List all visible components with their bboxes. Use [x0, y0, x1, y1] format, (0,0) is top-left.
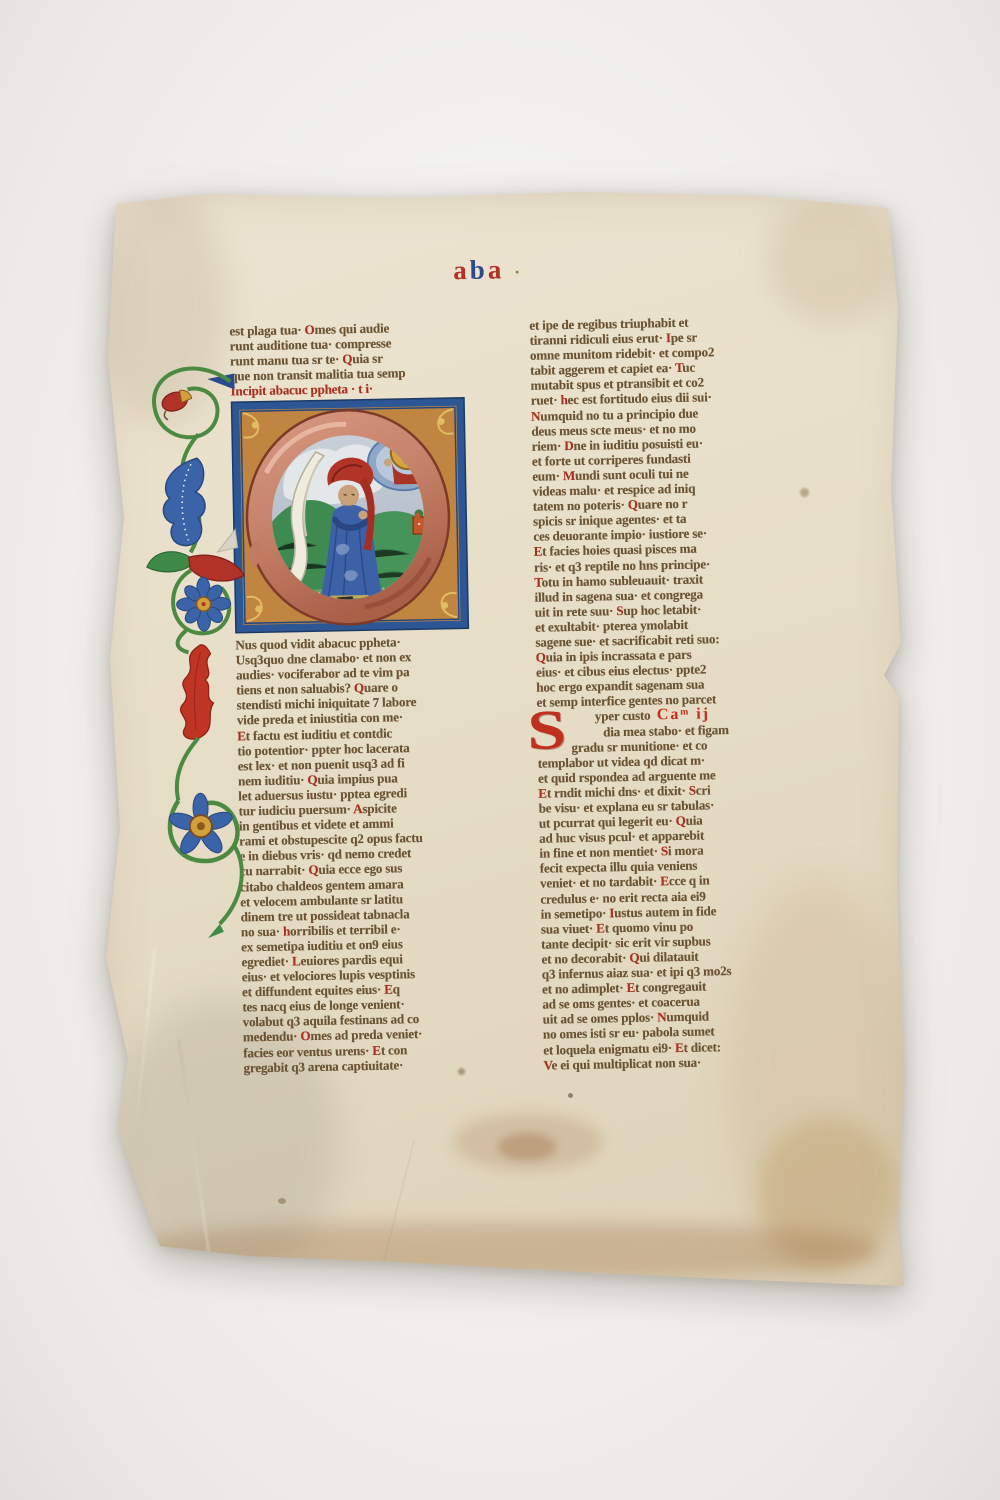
flower-bud-icon [159, 389, 192, 420]
text-column-right: et ipe de regibus triuphabit ettiranni r… [529, 313, 812, 1078]
photo-of-manuscript-leaf: { "header": { "letters": [ {"t": "a", "c… [0, 0, 1000, 1500]
red-acanthus-leaf-icon [179, 645, 214, 740]
vine-stem [176, 738, 199, 800]
green-leaf-icon [147, 551, 191, 572]
running-title-letter: a [453, 255, 470, 285]
running-title: aba · [453, 254, 523, 286]
initial-O-icon [231, 397, 469, 633]
parchment: aba · est plaga tua· Omes qui audierunt … [98, 188, 910, 1306]
running-title-dot: · [514, 262, 523, 282]
vine-tip [208, 924, 224, 938]
historiated-initial-miniature [231, 397, 469, 633]
chapter-initial-S: S [527, 707, 567, 754]
red-leaf-icon [189, 554, 244, 581]
chapter-heading: Caᵐ ij [657, 705, 711, 724]
vine-stem [177, 630, 188, 652]
vine-border-icon [137, 345, 263, 947]
text-column-left: Nus quod vidit abacuc ppheta·Usq3quo dne… [235, 632, 511, 1075]
page-content: aba · est plaga tua· Omes qui audierunt … [96, 180, 929, 1313]
text-column-left-top: est plaga tua· Omes qui audierunt auditi… [229, 318, 498, 399]
blue-acanthus-leaf-icon [162, 458, 205, 546]
manuscript-leaf: aba · est plaga tua· Omes qui audierunt … [98, 188, 910, 1306]
marginal-border-decoration [137, 345, 263, 947]
running-title-letter: b [469, 255, 488, 285]
running-title-letter: a [488, 254, 505, 284]
